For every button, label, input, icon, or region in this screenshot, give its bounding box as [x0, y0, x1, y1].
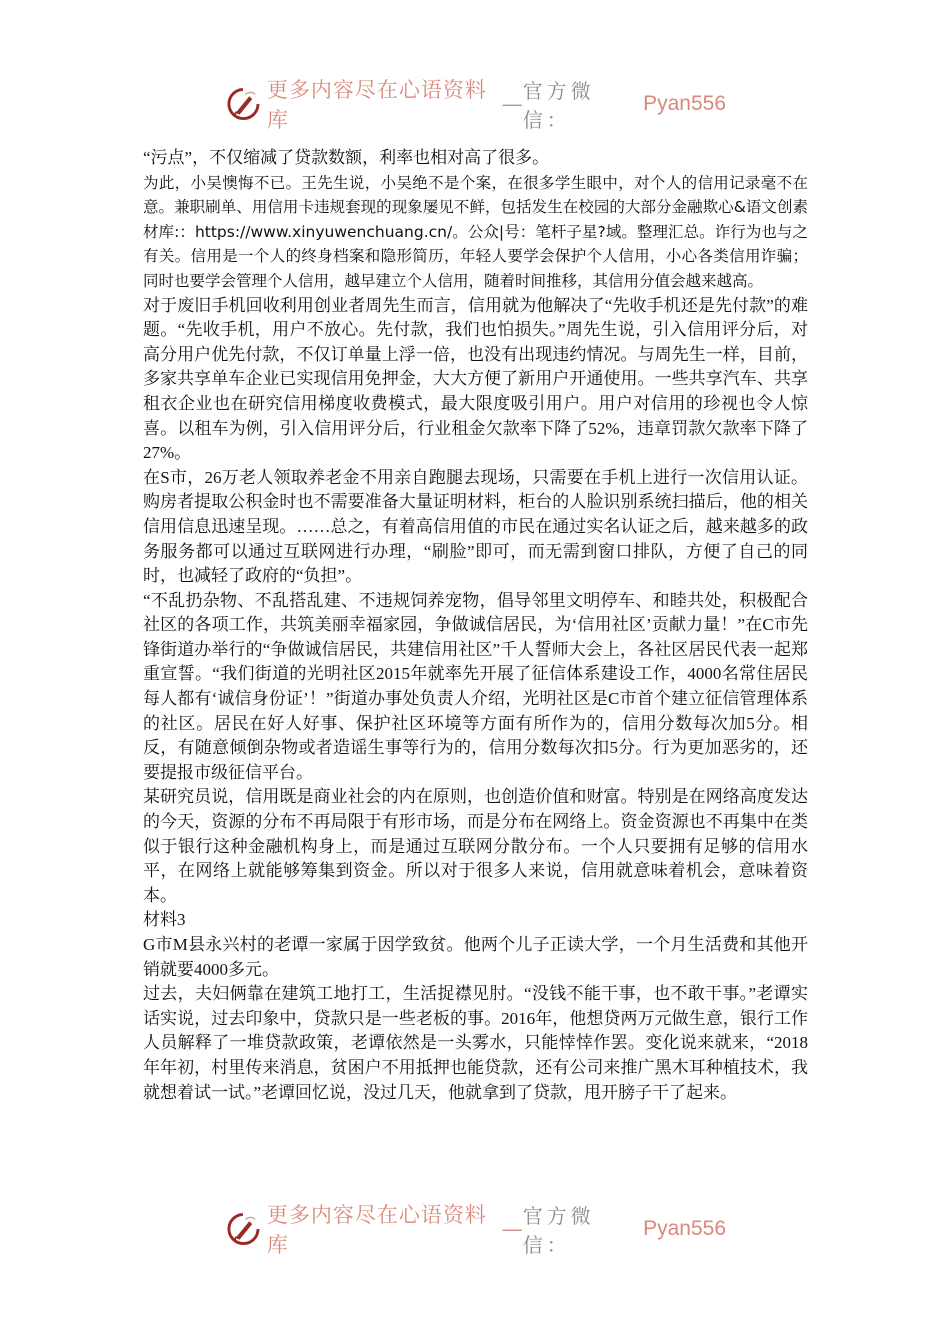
banner-dash: — — [502, 92, 523, 116]
paragraph: 对于废旧手机回收利用创业者周先生而言，信用就为他解决了“先收手机还是先付款”的难… — [143, 294, 808, 466]
header-banner: 更多内容尽在心语资料库 — 官方微信： Pyan556 — [226, 84, 726, 124]
paragraph: “不乱扔杂物、不乱搭乱建、不违规饲养宠物，倡导邻里文明停车、和睦共处，积极配合社… — [143, 589, 808, 786]
banner-wechat-label: 官方微信： — [523, 75, 639, 133]
banner-title: 更多内容尽在心语资料库 — [267, 74, 502, 134]
section-heading: 材料3 — [143, 908, 808, 933]
banner-wechat-label: 官方微信： — [523, 1200, 639, 1258]
document-body: “污点”，不仅缩减了贷款数额，利率也相对高了很多。 为此，小吴懊悔不已。王先生说… — [143, 146, 808, 1105]
quill-pen-logo-icon — [226, 86, 261, 122]
quill-pen-logo-icon — [226, 1211, 261, 1247]
paragraph: 过去，夫妇俩靠在建筑工地打工，生活捉襟见肘。“没钱不能干事，也不敢干事。”老谭实… — [143, 982, 808, 1105]
paragraph: 为此，小吴懊悔不已。王先生说，小吴绝不是个案，在很多学生眼中，对个人的信用记录毫… — [143, 171, 808, 294]
paragraph: 在S市，26万老人领取养老金不用亲自跑腿去现场，只需要在手机上进行一次信用认证。… — [143, 466, 808, 589]
banner-title: 更多内容尽在心语资料库 — [267, 1199, 502, 1259]
paragraph: “污点”，不仅缩减了贷款数额，利率也相对高了很多。 — [143, 146, 808, 171]
footer-banner: 更多内容尽在心语资料库 — 官方微信： Pyan556 — [226, 1209, 726, 1249]
banner-dash: — — [502, 1217, 523, 1241]
banner-wechat-id: Pyan556 — [643, 92, 726, 116]
paragraph: 某研究员说，信用既是商业社会的内在原则，也创造价值和财富。特别是在网络高度发达的… — [143, 785, 808, 908]
paragraph: G市M县永兴村的老谭一家属于因学致贫。他两个儿子正读大学，一个月生活费和其他开销… — [143, 933, 808, 982]
banner-wechat-id: Pyan556 — [643, 1217, 726, 1241]
